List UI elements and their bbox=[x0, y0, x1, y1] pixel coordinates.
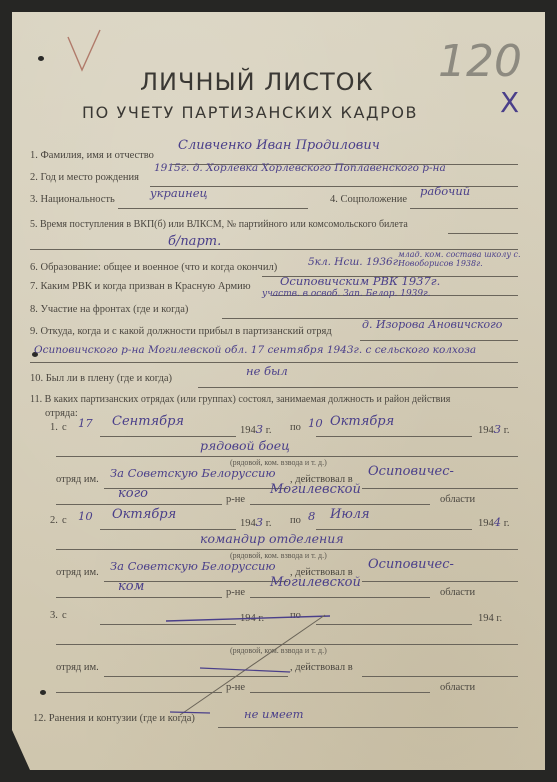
from-label: с bbox=[62, 422, 67, 433]
acted-in-value: Осиповичес- bbox=[368, 464, 454, 479]
document-title: ЛИЧНЫЙ ЛИСТОК bbox=[140, 68, 374, 96]
to-day: 8 bbox=[308, 509, 315, 523]
field-2-label: 2. Год и место рождения bbox=[30, 172, 139, 183]
from-month: Сентября bbox=[112, 414, 184, 429]
strike-through-marks bbox=[150, 610, 350, 720]
entry-number: 3. bbox=[50, 610, 58, 621]
district-label: р-не bbox=[226, 494, 245, 505]
field-11-label: 11. В каких партизанских отрядах (или гр… bbox=[30, 394, 450, 405]
position-value: рядовой боец bbox=[200, 438, 290, 453]
field-1-value: Сливченко Иван Продилович bbox=[178, 138, 380, 153]
field-10-label: 10. Был ли в плену (где и когда) bbox=[30, 373, 172, 384]
field-3-value: украинец bbox=[150, 186, 208, 200]
field-6-value: 5кл. Нсш. 1936г. bbox=[308, 256, 401, 268]
to-label: по bbox=[290, 515, 301, 526]
from-day: 10 bbox=[78, 509, 93, 523]
region-label: области bbox=[440, 494, 475, 505]
region-value: Могилевской bbox=[270, 482, 361, 497]
detachment-label: отряд им. bbox=[56, 567, 99, 578]
document-subtitle: ПО УЧЕТУ ПАРТИЗАНСКИХ КАДРОВ bbox=[82, 103, 418, 122]
check-mark-icon bbox=[60, 25, 110, 75]
field-1-label: 1. Фамилия, имя и отчество bbox=[30, 150, 154, 161]
to-day: 10 bbox=[308, 416, 323, 430]
detachment-label: отряд им. bbox=[56, 662, 99, 673]
field-6-label: 6. Образование: общее и военное (что и к… bbox=[30, 262, 277, 273]
region-label: области bbox=[440, 682, 475, 693]
detachment-value: За Советскую Белоруссию bbox=[110, 559, 276, 573]
to-month: Октября bbox=[330, 414, 394, 429]
field-6-value-extra: млад. ком. состава школу с. Новоборисов … bbox=[398, 250, 538, 268]
district-value: ком bbox=[118, 579, 144, 594]
field-3-label: 3. Национальность bbox=[30, 194, 115, 205]
to-year: 1944 г. bbox=[478, 515, 509, 529]
punch-hole bbox=[38, 56, 44, 61]
entry-number: 2. bbox=[50, 515, 58, 526]
district-value: кого bbox=[118, 486, 148, 501]
to-year: 194 г. bbox=[478, 610, 502, 624]
field-5-label: 5. Время поступления в ВКП(б) или ВЛКСМ,… bbox=[30, 219, 408, 230]
field-4-value: рабочий bbox=[420, 184, 470, 198]
field-9-label: 9. Откуда, когда и с какой должности при… bbox=[30, 326, 332, 337]
region-label: области bbox=[440, 587, 475, 598]
field-7-value: Осиповичским РВК 1937г. bbox=[280, 274, 440, 288]
from-label: с bbox=[62, 515, 67, 526]
acted-in-value: Осиповичес- bbox=[368, 557, 454, 572]
field-9-value: д. Изорова Ановичского bbox=[362, 318, 502, 331]
field-4-label: 4. Соцположение bbox=[330, 194, 407, 205]
from-day: 17 bbox=[78, 416, 93, 430]
field-11-label-cont: отряда: bbox=[45, 408, 78, 419]
archive-number: 120 bbox=[438, 36, 522, 87]
to-month: Июля bbox=[330, 507, 370, 522]
from-year: 1943 г. bbox=[240, 422, 271, 436]
field-9-value-line2: Осиповичского р-на Могилевской обл. 17 с… bbox=[34, 344, 476, 356]
field-7-label: 7. Каким РВК и когда призван в Красную А… bbox=[30, 281, 251, 292]
field-10-value: не был bbox=[246, 364, 288, 378]
from-label: с bbox=[62, 610, 67, 621]
field-5-value: б/парт. bbox=[168, 234, 221, 249]
to-label: по bbox=[290, 422, 301, 433]
position-value: командир отделения bbox=[200, 531, 344, 546]
to-year: 1943 г. bbox=[478, 422, 509, 436]
punch-hole bbox=[40, 690, 46, 695]
detachment-value: За Советскую Белоруссию bbox=[110, 466, 276, 480]
from-year: 1943 г. bbox=[240, 515, 271, 529]
entry-number: 1. bbox=[50, 422, 58, 433]
field-8-label: 8. Участие на фронтах (где и когда) bbox=[30, 304, 188, 315]
region-value: Могилевской bbox=[270, 575, 361, 590]
field-7-value-extra: участв. в освоб. Зап. Белор. 1939г. bbox=[262, 289, 431, 299]
district-label: р-не bbox=[226, 587, 245, 598]
field-2-value: 1915г. д. Хорлевка Хорлевского Поплавенс… bbox=[154, 162, 446, 174]
cross-mark-icon: X bbox=[500, 86, 519, 119]
from-month: Октября bbox=[112, 507, 176, 522]
detachment-label: отряд им. bbox=[56, 474, 99, 485]
